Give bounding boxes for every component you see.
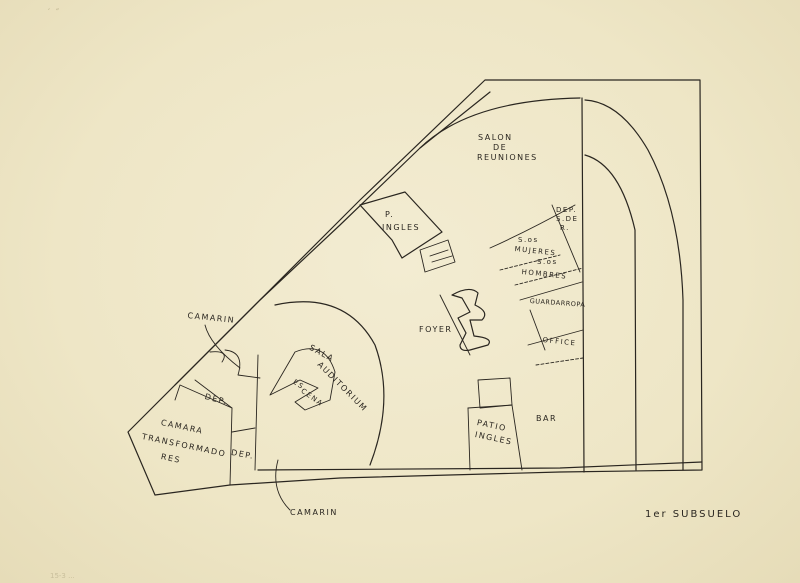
drawing-title: 1er SUBSUELO xyxy=(645,509,742,520)
stair-2 xyxy=(478,378,512,408)
outer-wall xyxy=(128,80,702,495)
label-p-ingles-1: P. xyxy=(385,210,394,219)
vertical-divider xyxy=(582,98,584,472)
drawing-sheet: SALON DE REUNIONES P. INGLES DEP. S.DE R… xyxy=(0,0,800,583)
label-salon-3: REUNIONES xyxy=(477,153,538,162)
label-salon-2: DE xyxy=(493,143,507,152)
corner-marks: ′ ″ xyxy=(48,8,61,18)
label-dep-sr-2: S.DE xyxy=(556,215,578,223)
foyer-stair xyxy=(452,289,489,350)
label-dep-sr-3: R. xyxy=(560,224,570,232)
label-p-ingles-2: INGLES xyxy=(382,223,420,232)
label-bar: BAR xyxy=(536,414,557,423)
archive-note: 15-3 ... xyxy=(50,572,75,580)
label-camarin-bottom: CAMARIN xyxy=(290,508,338,517)
right-outer-arc xyxy=(585,100,683,470)
label-salon-1: SALON xyxy=(478,133,513,142)
label-s-mujeres-1: S.os xyxy=(518,236,539,244)
label-dep-sr-1: DEP. xyxy=(556,206,577,214)
label-s-hombres-1: S.os xyxy=(537,258,558,266)
label-foyer: FOYER xyxy=(419,325,452,334)
stair-1 xyxy=(420,240,455,272)
floor-plan-linework xyxy=(0,0,800,583)
corridor-line xyxy=(175,92,490,385)
right-inner-arc xyxy=(585,155,636,470)
